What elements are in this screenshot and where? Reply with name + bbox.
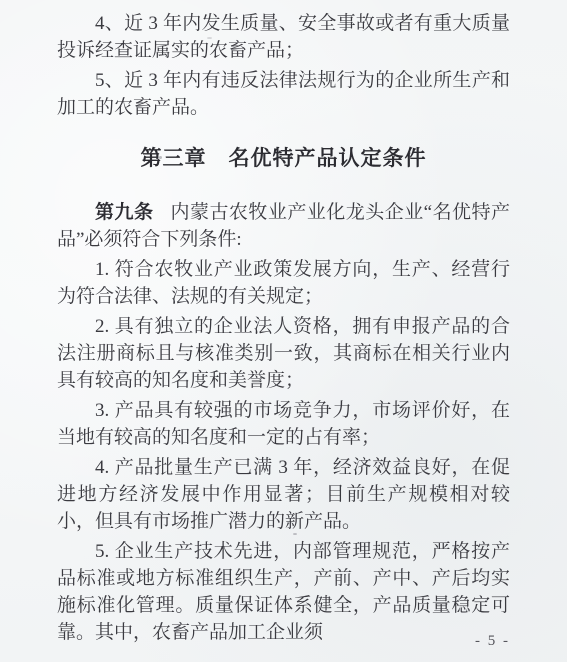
- scan-artifact-dot: [159, 156, 162, 159]
- article-9-intro: 第九条内蒙古农牧业产业化龙头企业“名优特产品”必须符合下列条件:: [57, 199, 510, 253]
- scan-artifact-dot: [293, 533, 297, 535]
- condition-item-5: 5. 企业生产技术先进，内部管理规范，严格按产品标准或地方标准组织生产，产前、产…: [57, 538, 510, 646]
- prohibited-item-4: 4、近 3 年内发生质量、安全事故或者有重大质量投诉经查证属实的农畜产品；: [57, 10, 510, 64]
- page-number: - 5 -: [475, 633, 510, 650]
- chapter-heading: 第三章 名优特产品认定条件: [57, 143, 510, 173]
- scan-artifact-dot: [207, 37, 212, 39]
- article-9-label: 第九条: [95, 202, 153, 223]
- condition-item-4: 4. 产品批量生产已满 3 年，经济效益良好，在促进地方经济发展中作用显著；目前…: [57, 454, 510, 535]
- condition-item-1: 1. 符合农牧业产业政策发展方向，生产、经营行为符合法律、法规的有关规定；: [57, 256, 510, 310]
- prohibited-item-5: 5、近 3 年内有违反法律法规行为的企业所生产和加工的农畜产品。: [57, 67, 510, 121]
- condition-item-2: 2. 具有独立的企业法人资格，拥有申报产品的合法注册商标且与核准类别一致，其商标…: [57, 313, 510, 394]
- scanned-document-page: 4、近 3 年内发生质量、安全事故或者有重大质量投诉经查证属实的农畜产品； 5、…: [0, 0, 567, 662]
- condition-item-3: 3. 产品具有较强的市场竞争力，市场评价好，在当地有较高的知名度和一定的占有率；: [57, 397, 510, 451]
